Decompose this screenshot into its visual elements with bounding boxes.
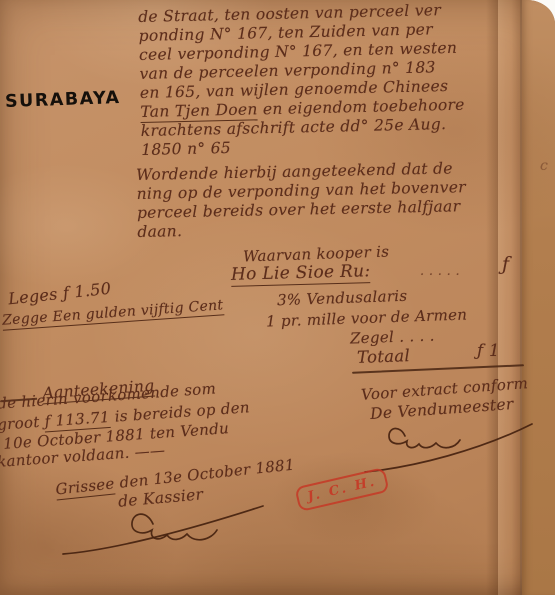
- fee-line-zegel: Zegel . . . .: [350, 327, 435, 348]
- fee-line-vendusalaris: 3% Vendusalaris: [277, 287, 408, 310]
- currency-symbol: ƒ: [502, 253, 509, 275]
- kassier-signature: [55, 498, 270, 560]
- main-paragraph: de Straat, ten oosten van perceel ver po…: [138, 1, 466, 160]
- paper-sheet: de Straat, ten oosten van perceel ver po…: [0, 0, 555, 595]
- underlying-page-edge: [522, 0, 555, 595]
- red-initials-stamp: J. C. H.: [294, 467, 389, 512]
- buyer-name-text: Ho Lie Sioe Ru:: [231, 261, 371, 287]
- annotation-paragraph: Wordende hierbij aangeteekend dat de nin…: [136, 159, 467, 242]
- surabaya-marker-label: SURABAYA: [5, 88, 121, 112]
- vendumeester-signature: [360, 412, 535, 477]
- fee-line-armen: 1 pr. mille voor de Armen: [266, 305, 468, 330]
- fold-strip: [498, 0, 522, 595]
- edge-text-fragment: c: [540, 158, 548, 174]
- place-name: Grissee: [55, 474, 116, 500]
- fold-crease: [486, 0, 498, 595]
- scanned-document: de Straat, ten oosten van perceel ver po…: [0, 0, 555, 595]
- som-prefix: groot: [0, 413, 45, 434]
- dot-leader: . . . . .: [420, 264, 460, 279]
- closing-date: den 13e October 1881: [114, 455, 296, 492]
- buyer-name: Ho Lie Sioe Ru:: [231, 261, 371, 285]
- leges-line: Leges ƒ 1.50: [7, 279, 112, 309]
